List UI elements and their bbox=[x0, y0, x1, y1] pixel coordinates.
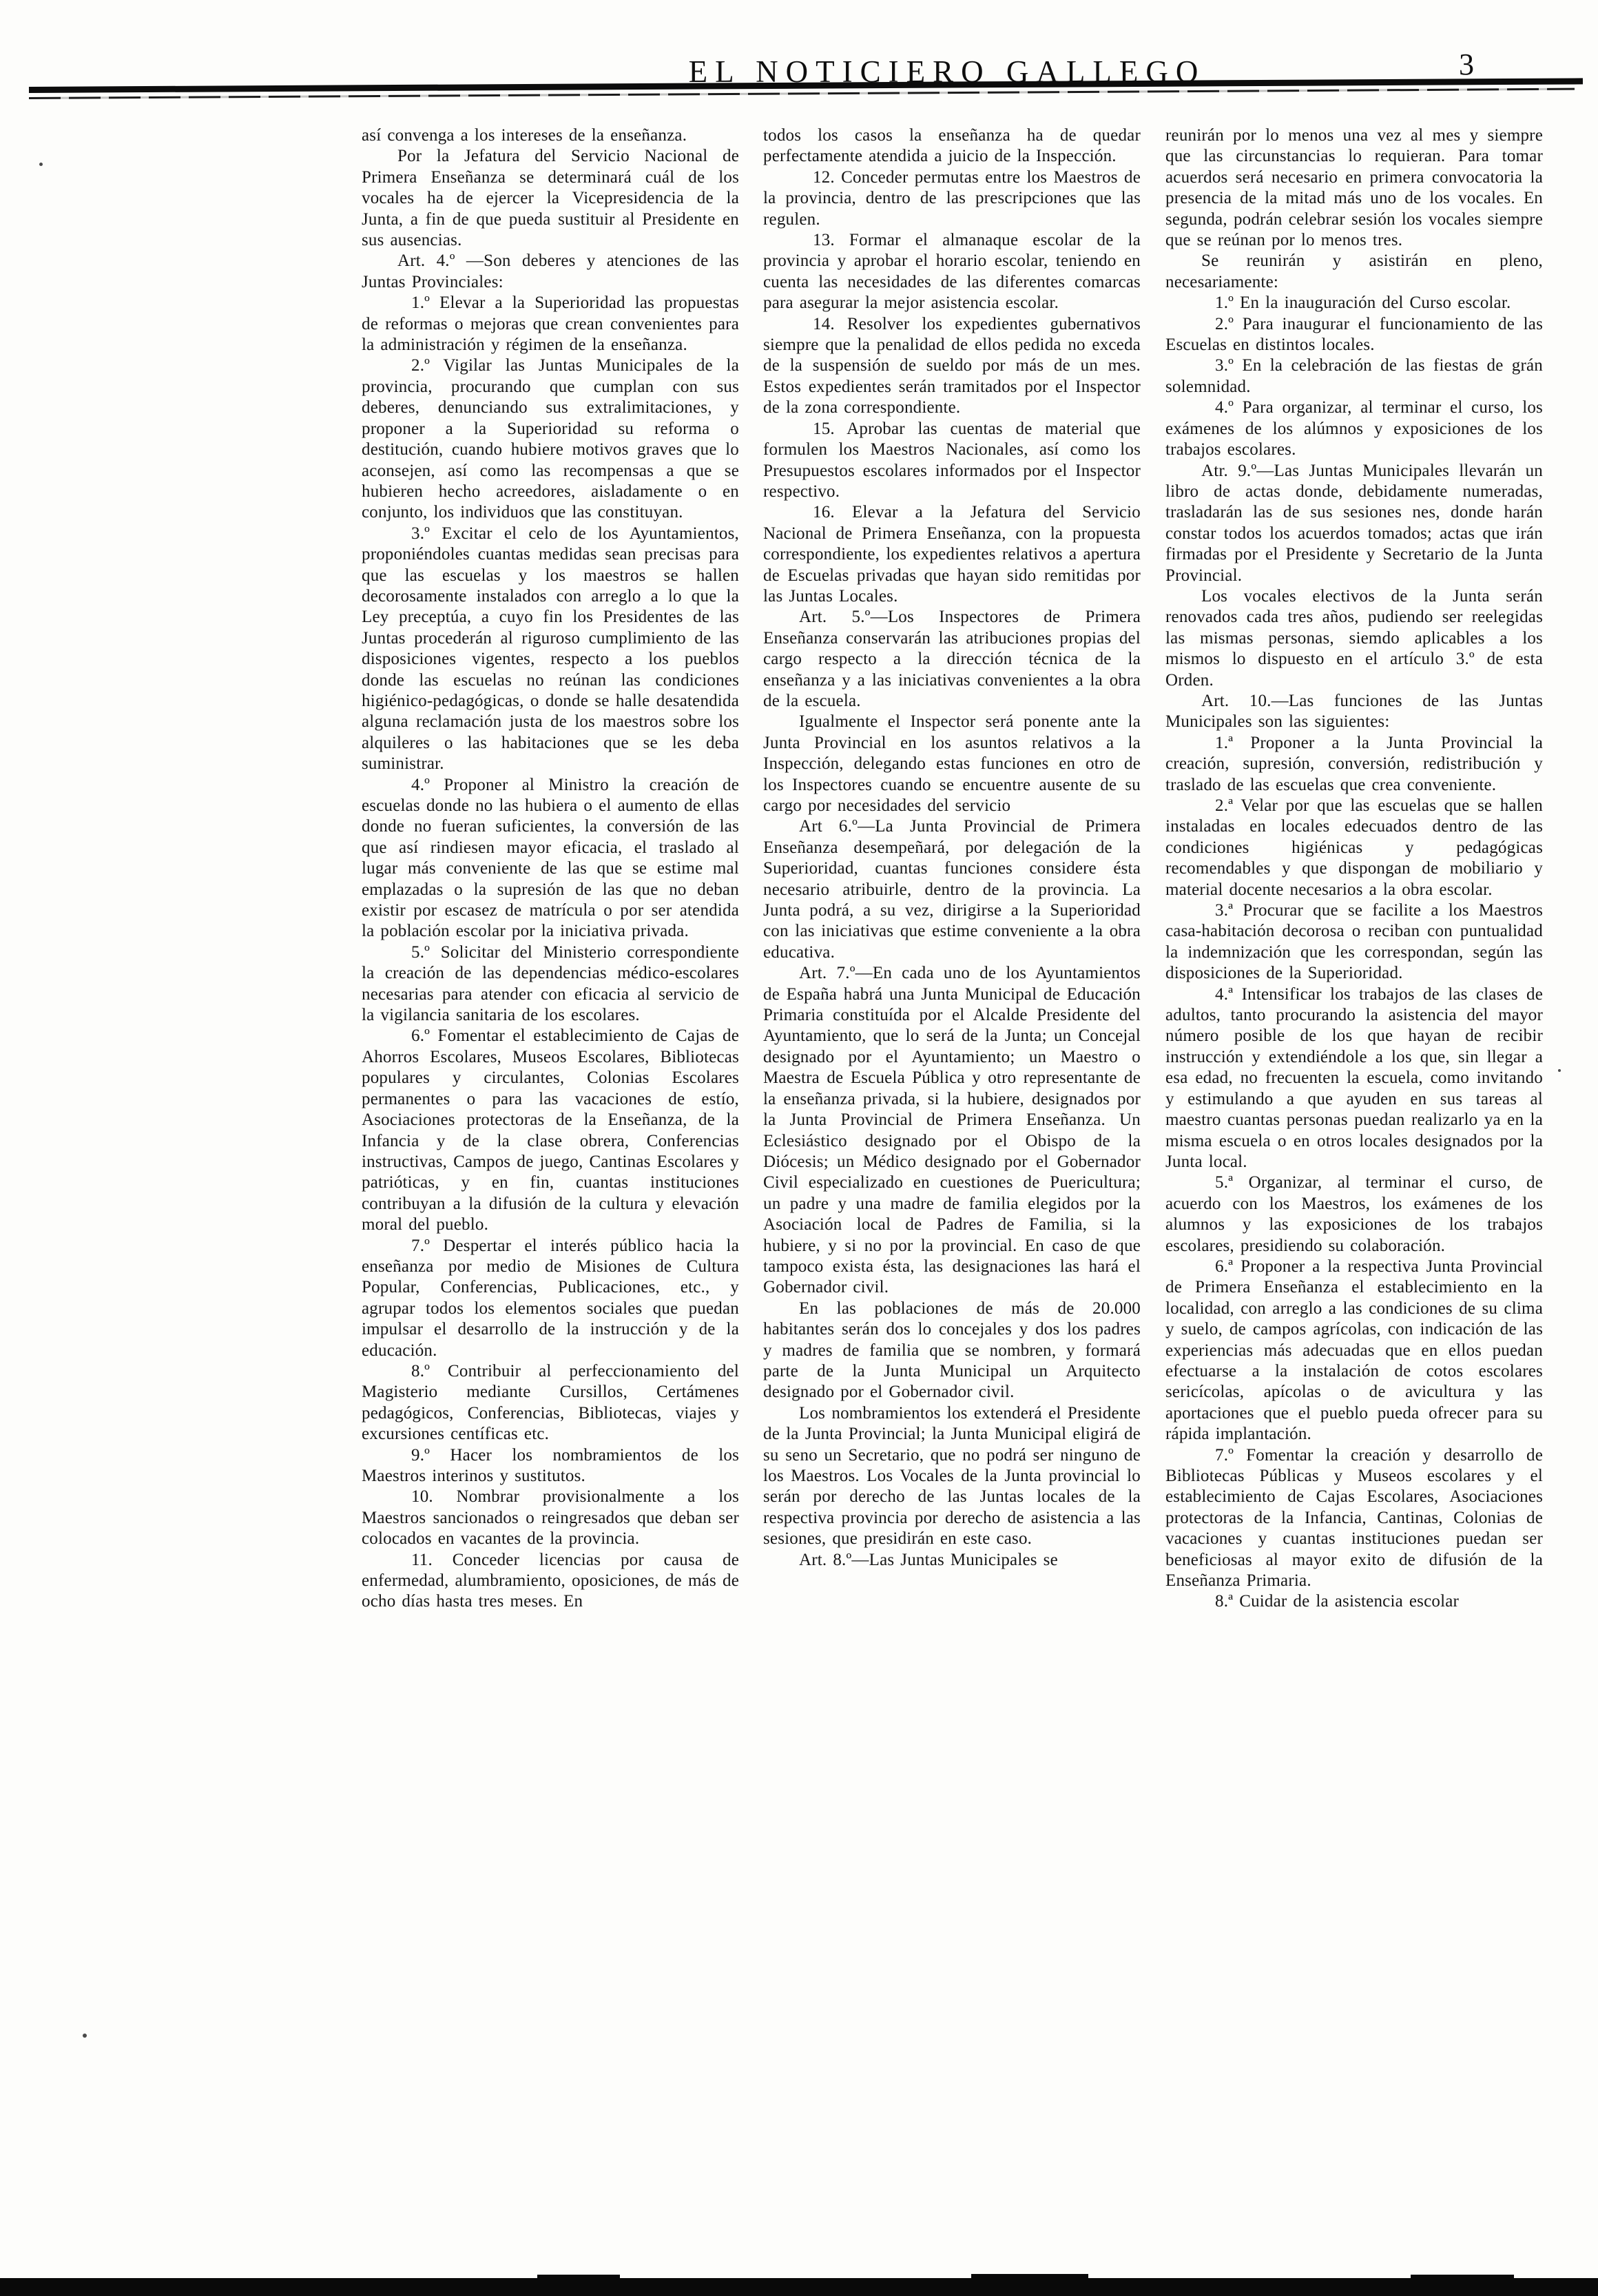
paragraph: 2.º Vigilar las Juntas Municipales de la… bbox=[362, 355, 739, 523]
paragraph: 5.º Solicitar del Ministerio correspondi… bbox=[362, 942, 739, 1026]
paragraph: 12. Conceder permutas entre los Maestros… bbox=[763, 167, 1141, 230]
page-number: 3 bbox=[1459, 47, 1474, 82]
paragraph: Art. 10.—Las funciones de las Juntas Mun… bbox=[1165, 691, 1543, 733]
paragraph: 7.º Fomentar la creación y desarrollo de… bbox=[1165, 1445, 1543, 1592]
paragraph: 4.º Para organizar, al terminar el curso… bbox=[1165, 397, 1543, 460]
paragraph: 16. Elevar a la Jefatura del Servicio Na… bbox=[763, 502, 1141, 607]
ink-speck bbox=[39, 163, 43, 166]
paragraph: reunirán por lo menos una vez al mes y s… bbox=[1165, 125, 1543, 251]
ink-speck bbox=[1558, 1069, 1561, 1072]
paragraph: Art. 4.º —Son deberes y atenciones de la… bbox=[362, 251, 739, 293]
paragraph: así convenga a los intereses de la enseñ… bbox=[362, 125, 739, 146]
paragraph: 2.ª Velar por que las escuelas que se ha… bbox=[1165, 796, 1543, 900]
paragraph: 4.º Proponer al Ministro la creación de … bbox=[362, 775, 739, 942]
paragraph: 3.º Excitar el celo de los Ayuntamientos… bbox=[362, 524, 739, 775]
paragraph: 9.º Hacer los nombramientos de los Maest… bbox=[362, 1445, 739, 1487]
paragraph: 1.º En la inauguración del Curso escolar… bbox=[1165, 293, 1543, 313]
paragraph: todos los casos la enseñanza ha de queda… bbox=[763, 125, 1141, 167]
paragraph: 1.º Elevar a la Superioridad las propues… bbox=[362, 293, 739, 355]
paragraph: Art. 5.º—Los Inspectores de Primera Ense… bbox=[763, 607, 1141, 712]
paragraph: 10. Nombrar provisionalmente a los Maest… bbox=[362, 1487, 739, 1549]
paragraph: 8.ª Cuidar de la asistencia escolar bbox=[1165, 1591, 1543, 1612]
paragraph: 2.º Para inaugurar el funcionamiento de … bbox=[1165, 314, 1543, 356]
paragraph: 3.º En la celebración de las fiestas de … bbox=[1165, 355, 1543, 397]
paragraph: 6.º Fomentar el establecimiento de Cajas… bbox=[362, 1026, 739, 1235]
paragraph: 14. Resolver los expedientes gubernativo… bbox=[763, 314, 1141, 419]
paragraph: En las poblaciones de más de 20.000 habi… bbox=[763, 1299, 1141, 1403]
paragraph: 8.º Contribuir al perfeccionamiento del … bbox=[362, 1361, 739, 1445]
scan-edge-tick bbox=[1411, 2275, 1514, 2279]
paragraph: 4.ª Intensificar los trabajos de las cla… bbox=[1165, 984, 1543, 1173]
column-right: reunirán por lo menos una vez al mes y s… bbox=[1165, 125, 1543, 1613]
scan-edge-tick bbox=[537, 2275, 620, 2279]
paragraph: 3.ª Procurar que se facilite a los Maest… bbox=[1165, 900, 1543, 984]
paragraph: 6.ª Proponer a la respectiva Junta Provi… bbox=[1165, 1256, 1543, 1445]
ink-speck bbox=[83, 2034, 87, 2038]
paragraph: 11. Conceder licencias por causa de enfe… bbox=[362, 1550, 739, 1613]
scan-edge-bar bbox=[0, 2278, 1598, 2296]
paragraph: 15. Aprobar las cuentas de material que … bbox=[763, 419, 1141, 503]
paragraph: Atr. 9.º—Las Juntas Municipales llevarán… bbox=[1165, 461, 1543, 586]
paragraph: 7.º Despertar el interés público hacia l… bbox=[362, 1236, 739, 1361]
paragraph: Los vocales electivos de la Junta serán … bbox=[1165, 586, 1543, 691]
paragraph: 13. Formar el almanaque escolar de la pr… bbox=[763, 230, 1141, 314]
paragraph: 1.ª Proponer a la Junta Provincial la cr… bbox=[1165, 733, 1543, 796]
paragraph: Igualmente el Inspector será ponente ant… bbox=[763, 712, 1141, 816]
paragraph: Art 6.º—La Junta Provincial de Primera E… bbox=[763, 816, 1141, 963]
paragraph: 5.ª Organizar, al terminar el curso, de … bbox=[1165, 1172, 1543, 1256]
column-middle: todos los casos la enseñanza ha de queda… bbox=[763, 125, 1141, 1571]
paragraph: Art. 7.º—En cada uno de los Ayuntamiento… bbox=[763, 963, 1141, 1299]
paragraph: Los nombramientos los extenderá el Presi… bbox=[763, 1403, 1141, 1550]
scan-edge-tick bbox=[971, 2274, 1088, 2279]
paragraph: Por la Jefatura del Servicio Nacional de… bbox=[362, 146, 739, 251]
column-left: así convenga a los intereses de la enseñ… bbox=[362, 125, 739, 1613]
paragraph: Art. 8.º—Las Juntas Municipales se bbox=[763, 1550, 1141, 1571]
paragraph: Se reunirán y asistirán en pleno, necesa… bbox=[1165, 251, 1543, 293]
